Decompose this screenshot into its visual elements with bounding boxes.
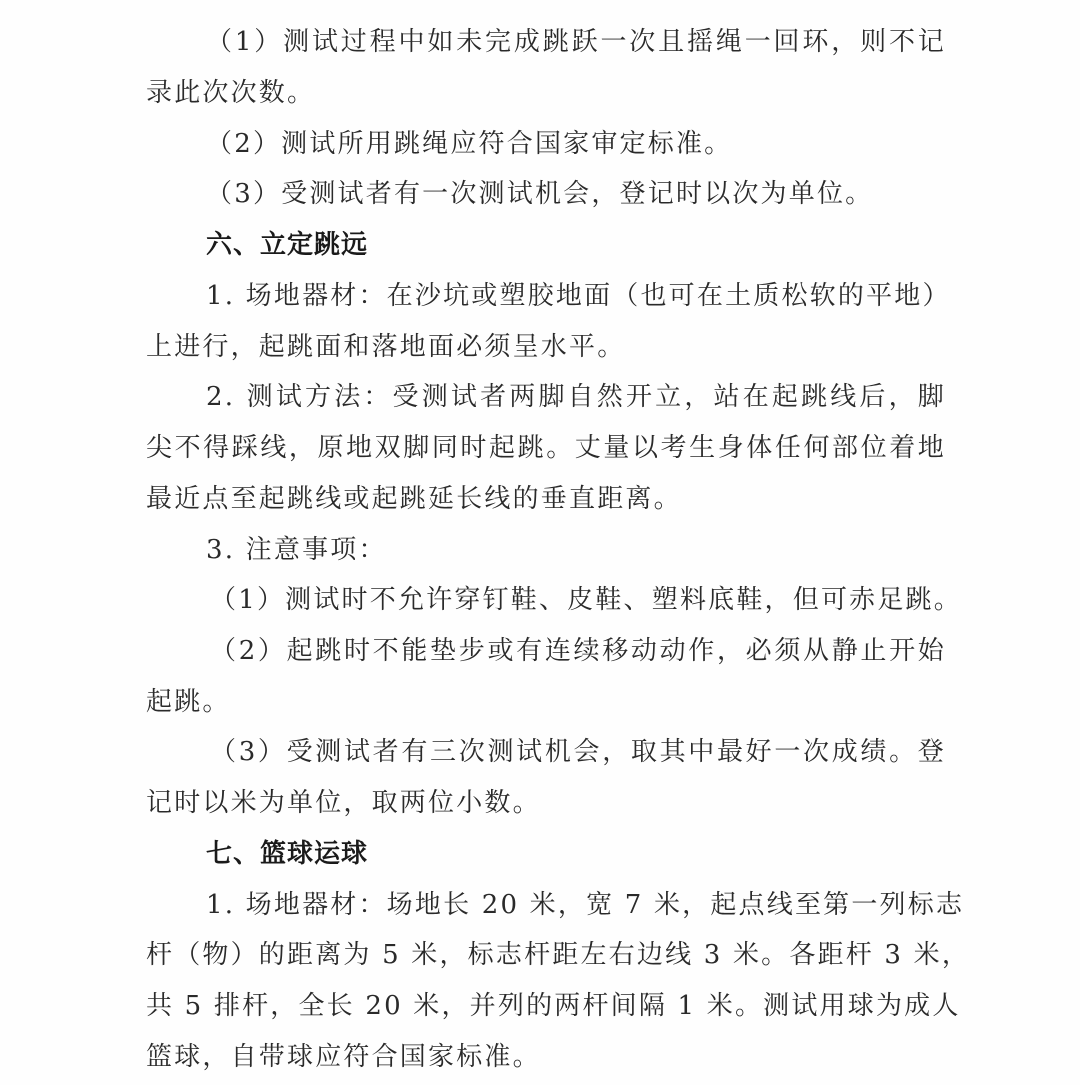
basketball-equipment-line-2: 杆（物）的距离为 5 米，标志杆距左右边线 3 米。各距杆 3 米， <box>146 938 946 972</box>
long-jump-method-line-1: 2. 测试方法：受测试者两脚自然开立，站在起跳线后，脚 <box>206 380 946 414</box>
long-jump-method-line-3: 最近点至起跳线或起跳延长线的垂直距离。 <box>146 482 946 516</box>
document-page: （1）测试过程中如未完成跳跃一次且摇绳一回环，则不记 录此次次数。 （2）测试所… <box>0 0 1080 1085</box>
section-heading-standing-long-jump: 六、立定跳远 <box>206 228 1006 262</box>
basketball-equipment-line-3: 共 5 排杆，全长 20 米，并列的两杆间隔 1 米。测试用球为成人 <box>146 989 946 1023</box>
long-jump-note-2-line-1: （2）起跳时不能垫步或有连续移动动作，必须从静止开始 <box>210 634 946 668</box>
long-jump-note-3-line-1: （3）受测试者有三次测试机会，取其中最好一次成绩。登 <box>210 735 946 769</box>
long-jump-notes-title: 3. 注意事项： <box>206 533 1006 567</box>
long-jump-note-1: （1）测试时不允许穿钉鞋、皮鞋、塑料底鞋，但可赤足跳。 <box>210 583 946 617</box>
rope-note-3: （3）受测试者有一次测试机会，登记时以次为单位。 <box>206 177 1006 211</box>
section-heading-basketball-dribble: 七、篮球运球 <box>206 837 1006 871</box>
basketball-equipment-line-1: 1. 场地器材：场地长 20 米，宽 7 米，起点线至第一列标志 <box>206 888 946 922</box>
rope-note-1-line-1: （1）测试过程中如未完成跳跃一次且摇绳一回环，则不记 <box>206 25 946 59</box>
long-jump-note-3-line-2: 记时以米为单位，取两位小数。 <box>146 786 946 820</box>
basketball-equipment-line-4: 篮球，自带球应符合国家标准。 <box>146 1040 946 1074</box>
long-jump-equipment-line-2: 上进行，起跳面和落地面必须呈水平。 <box>146 330 946 364</box>
long-jump-note-2-line-2: 起跳。 <box>146 685 946 719</box>
rope-note-1-line-2: 录此次次数。 <box>146 76 946 110</box>
long-jump-method-line-2: 尖不得踩线，原地双脚同时起跳。丈量以考生身体任何部位着地 <box>146 431 946 465</box>
long-jump-equipment-line-1: 1. 场地器材：在沙坑或塑胶地面（也可在土质松软的平地） <box>206 279 946 313</box>
rope-note-2: （2）测试所用跳绳应符合国家审定标准。 <box>206 127 1006 161</box>
